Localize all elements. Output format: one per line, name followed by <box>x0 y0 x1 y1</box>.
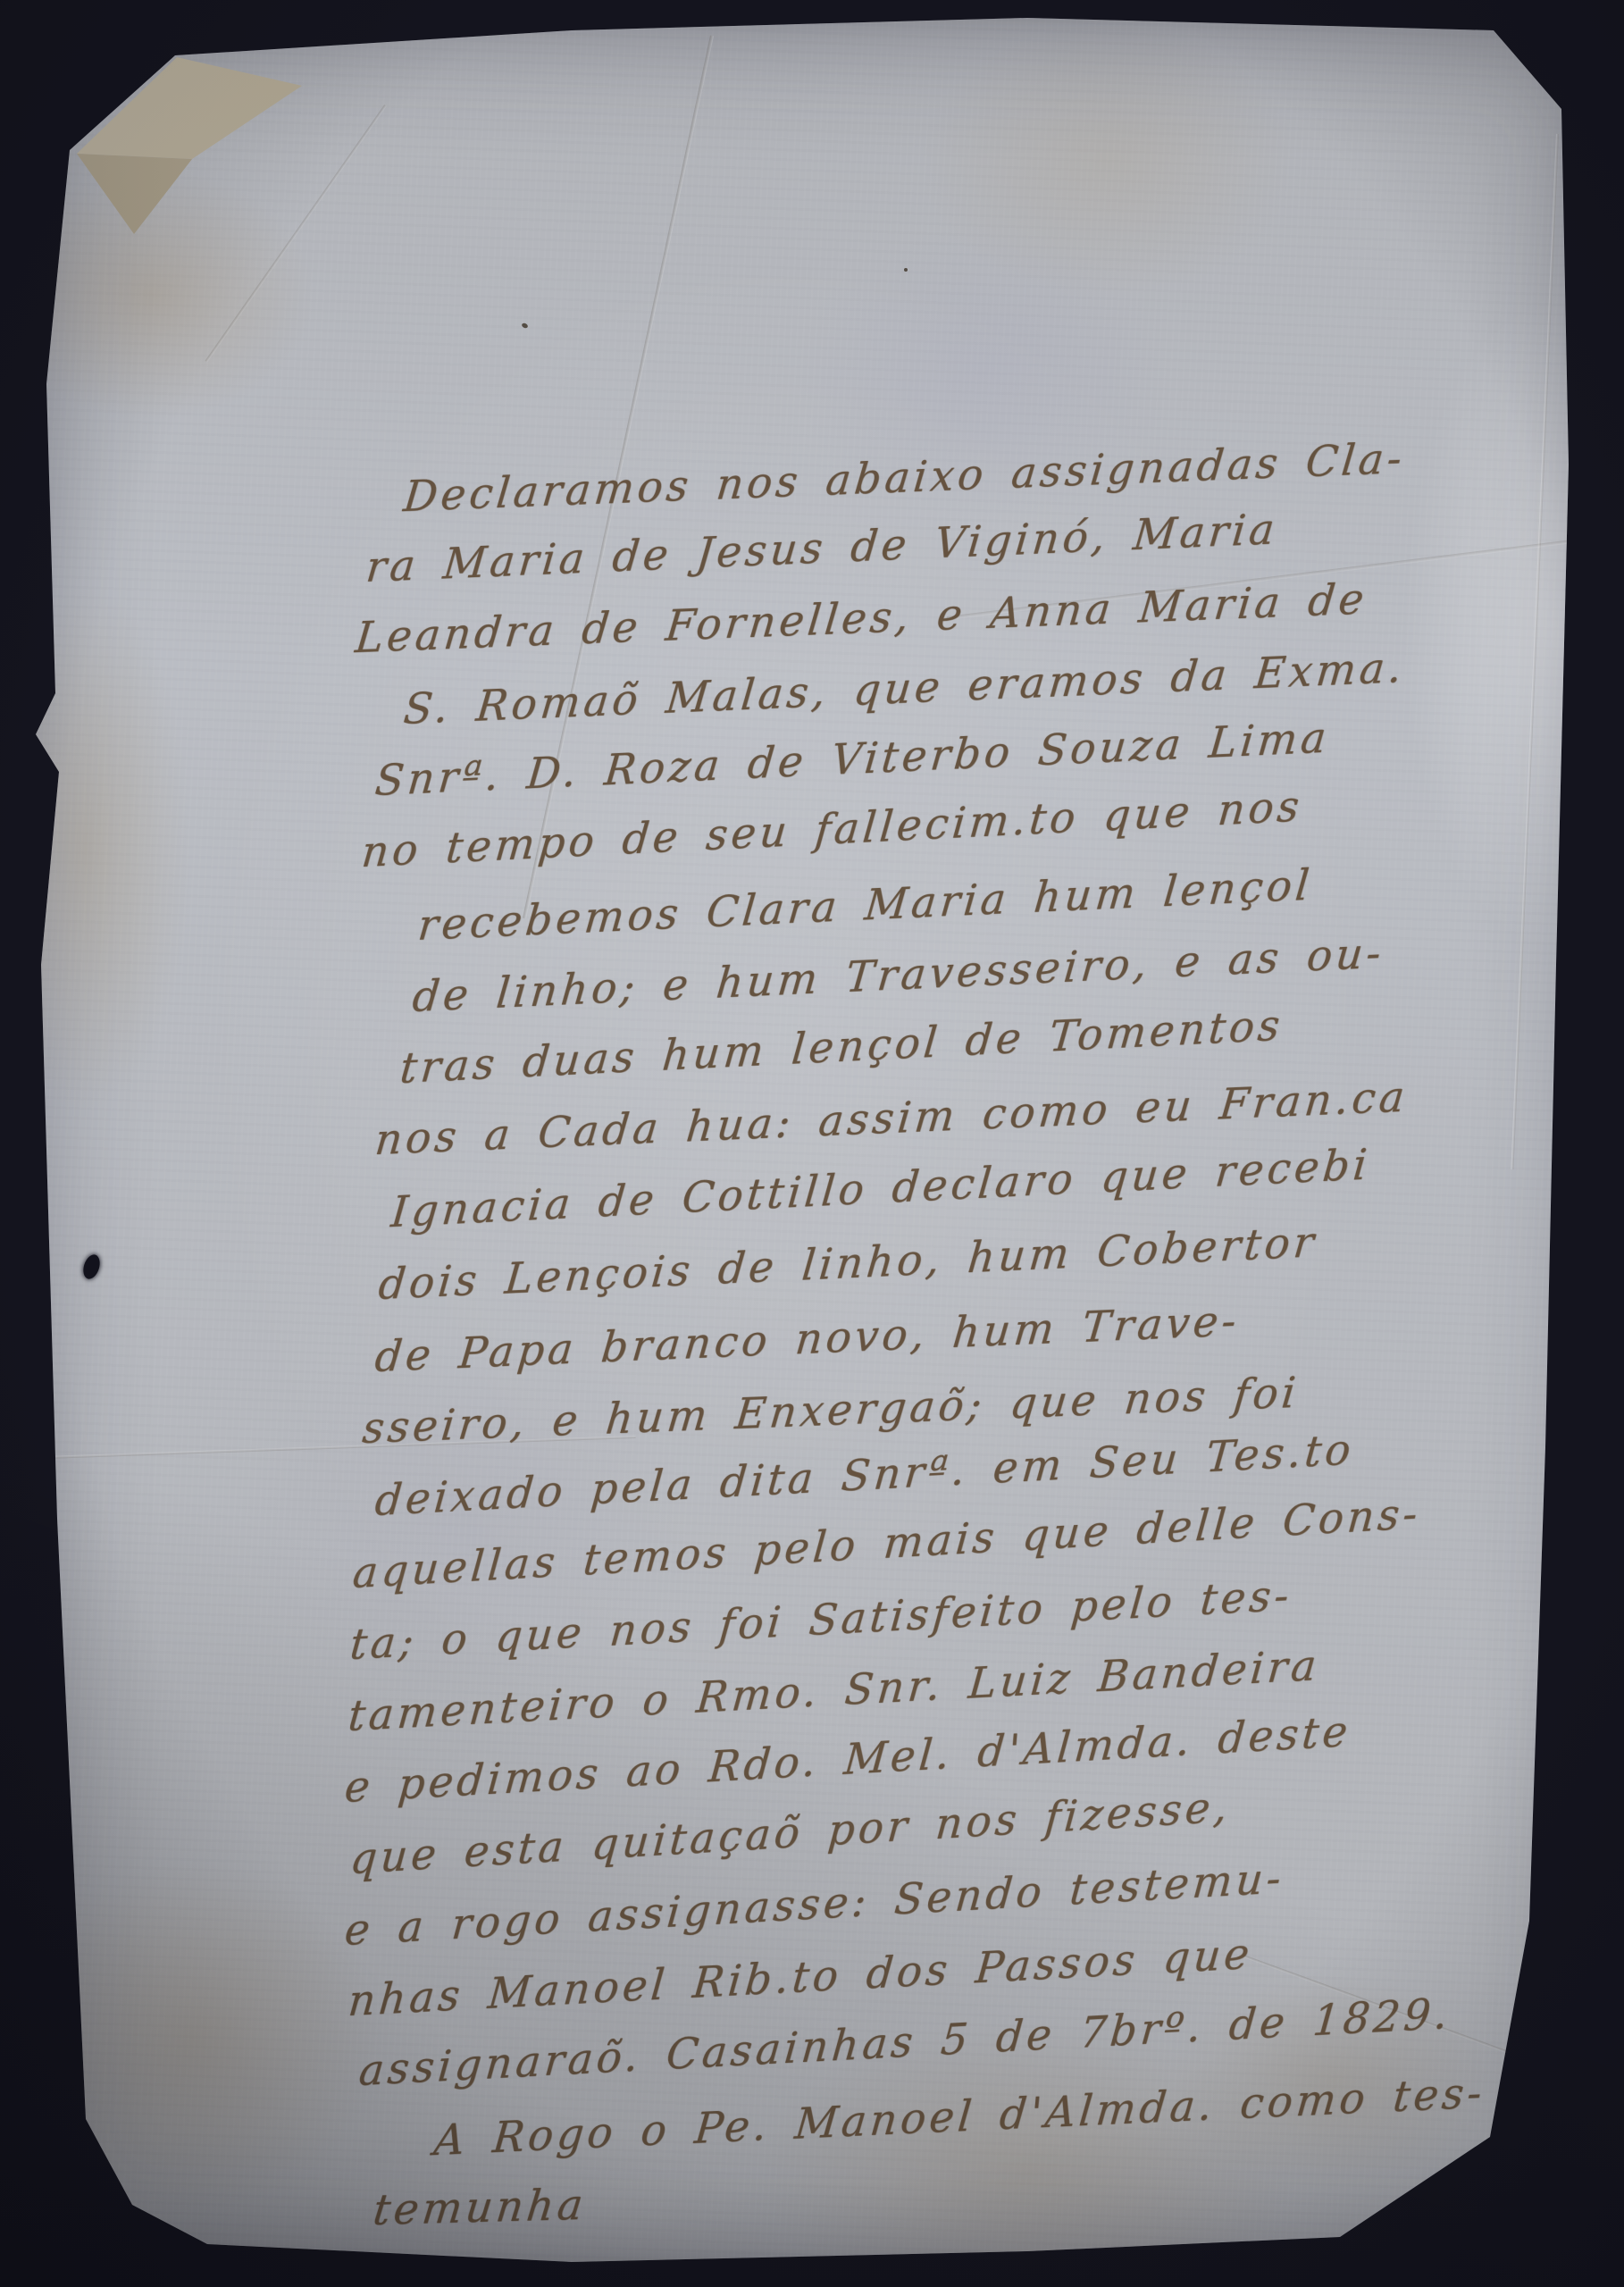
manuscript-line: de Papa branco novo, hum Trave- <box>373 1295 1242 1384</box>
manuscript-line: temunha <box>371 2180 590 2237</box>
handwritten-text: Declaramos nos abaixo assignadas Cla-ra … <box>0 0 1624 2287</box>
photo-background: Declaramos nos abaixo assignadas Cla-ra … <box>0 0 1624 2287</box>
manuscript-paper: Declaramos nos abaixo assignadas Cla-ra … <box>0 0 1624 2287</box>
